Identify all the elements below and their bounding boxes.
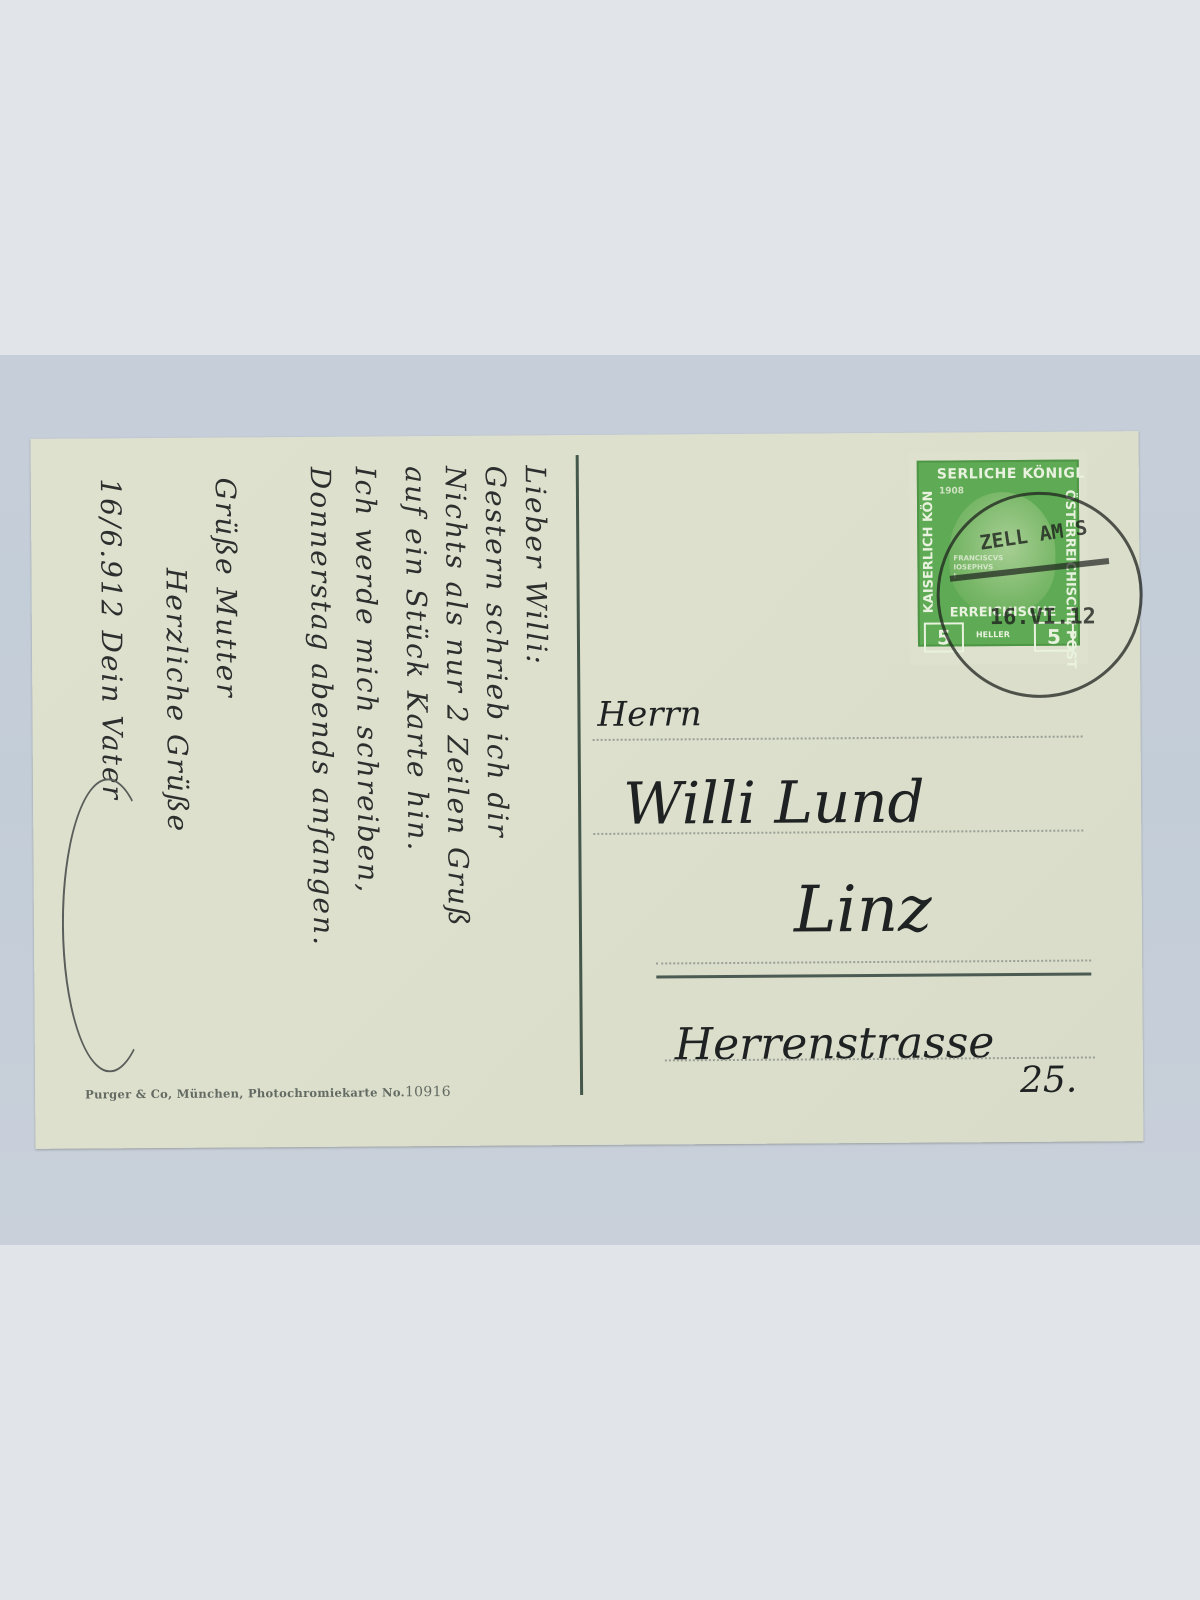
message-line: Donnerstag abends anfangen. bbox=[306, 467, 337, 947]
stamp-year: 1908 bbox=[939, 486, 964, 496]
message-line: Ich werde mich schreiben, bbox=[351, 466, 382, 894]
address-house-number: 25. bbox=[1020, 1060, 1078, 1101]
message-line: Grüße Mutter bbox=[211, 477, 241, 698]
photo-background: Lieber Willi: Gestern schrieb ich dir Ni… bbox=[0, 355, 1200, 1245]
handwritten-message: Lieber Willi: Gestern schrieb ich dir Ni… bbox=[51, 455, 565, 1099]
address-dotted-line bbox=[656, 959, 1091, 964]
card-number: 10916 bbox=[405, 1084, 451, 1100]
message-line: Gestern schrieb ich dir bbox=[481, 466, 512, 839]
printer-imprint: Purger & Co, München, Photochromiekarte … bbox=[85, 1084, 451, 1103]
address-dotted-line bbox=[593, 736, 1083, 741]
message-line: Nichts als nur 2 Zeilen Gruß bbox=[441, 466, 472, 928]
postmark-town: ZELL AM S bbox=[978, 515, 1089, 555]
city-underline bbox=[656, 972, 1091, 978]
address-name: Willi Lund bbox=[623, 768, 925, 838]
message-line: auf ein Stück Karte hin. bbox=[401, 466, 432, 852]
address-city: Linz bbox=[794, 873, 932, 948]
postmark-bar bbox=[950, 558, 1110, 582]
address-salutation: Herrn bbox=[597, 694, 701, 735]
signature-flourish bbox=[61, 778, 157, 1073]
postcard: Lieber Willi: Gestern schrieb ich dir Ni… bbox=[31, 431, 1144, 1149]
stamp-top-text: SERLICHE KÖNIGL bbox=[937, 466, 1085, 483]
message-date-signature: 16/6.912 Dein Vater bbox=[96, 478, 126, 801]
address-street: Herrenstrasse bbox=[675, 1017, 995, 1070]
postmark-date: 16.VI.12 bbox=[990, 604, 1096, 630]
message-line: Lieber Willi: bbox=[521, 465, 550, 666]
printer-imprint-text: Purger & Co, München, Photochromiekarte … bbox=[85, 1085, 405, 1101]
postmark-cancellation: ZELL AM S 16.VI.12 bbox=[936, 491, 1143, 698]
message-address-divider bbox=[576, 455, 583, 1095]
message-line: Herzliche Grüße bbox=[161, 568, 191, 833]
stamp-left-text: KAISERLICH KÖN bbox=[921, 491, 937, 614]
